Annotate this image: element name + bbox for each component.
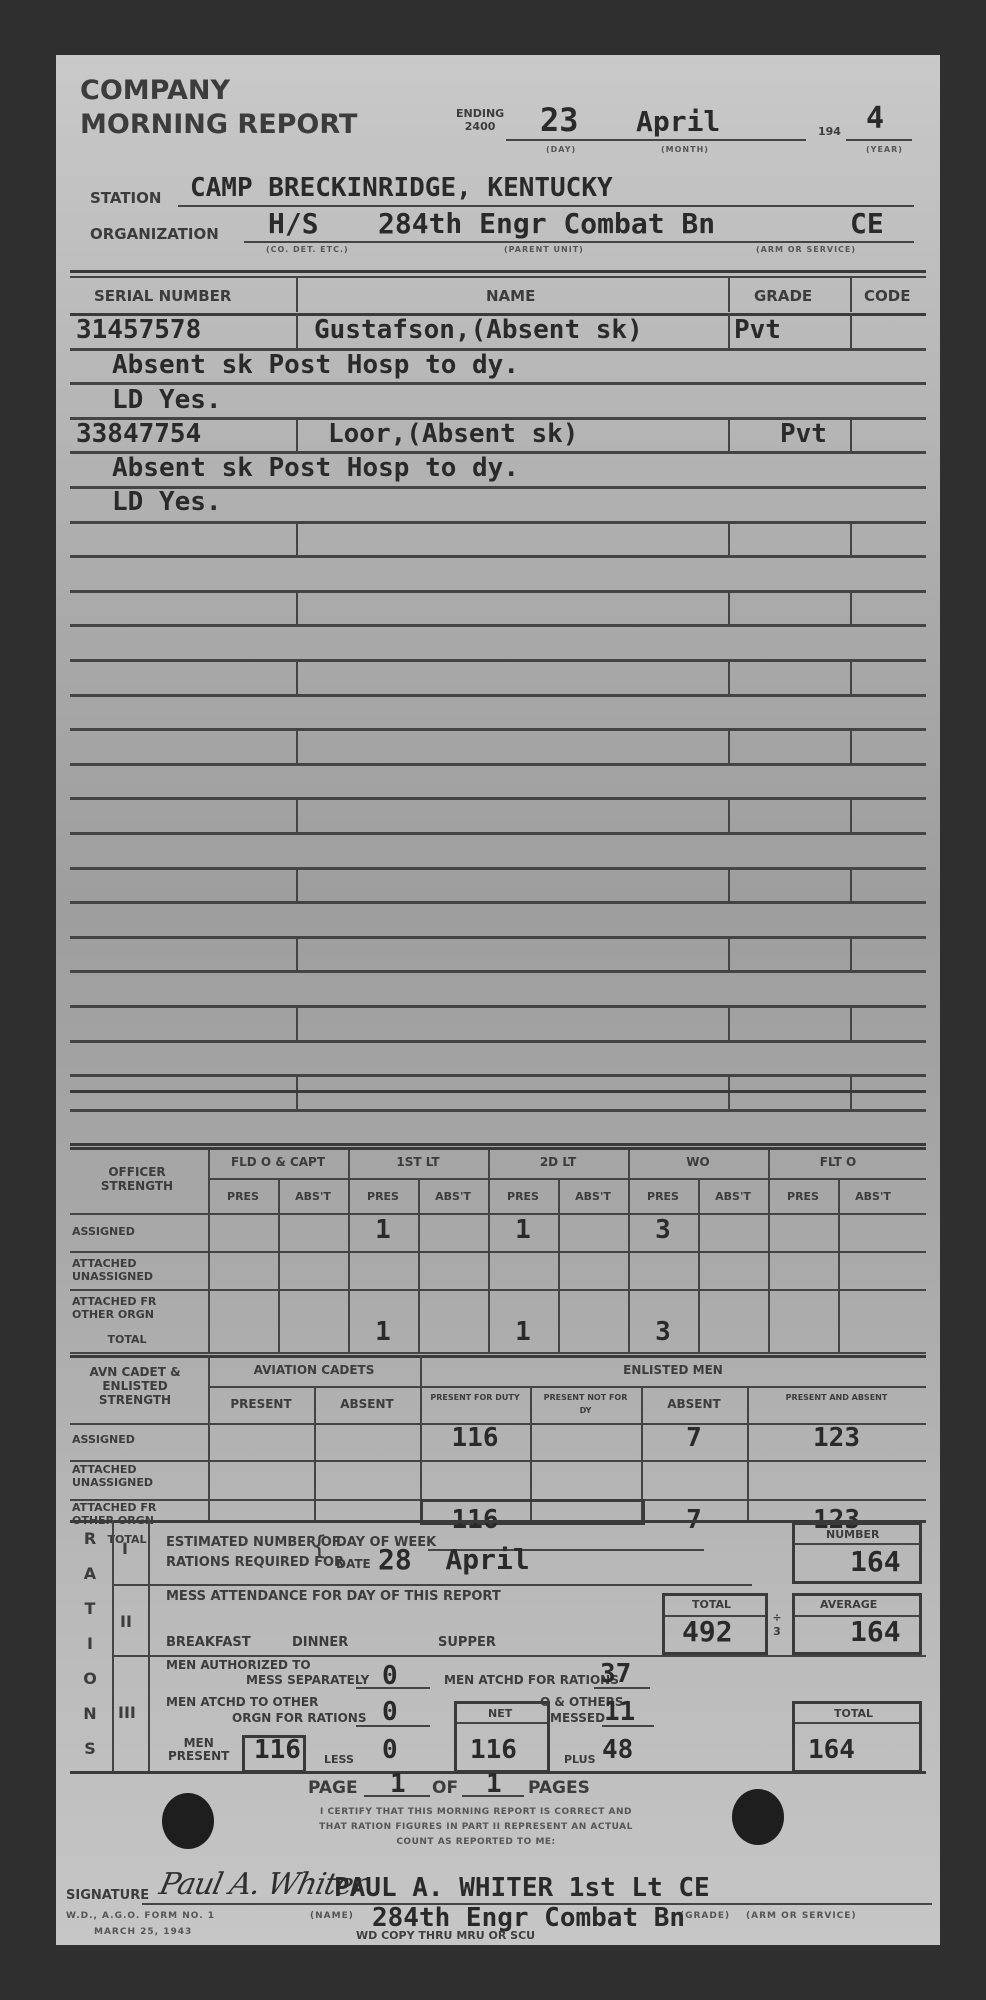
grid-line — [558, 1180, 560, 1353]
grid-line — [70, 1460, 926, 1462]
signature-label: SIGNATURE — [66, 1888, 149, 1903]
present-label: MEN PRESENT — [168, 1737, 229, 1763]
punch-hole-right — [732, 1789, 784, 1845]
col-name: NAME — [486, 287, 535, 305]
entry-name: Loor,(Absent sk) — [328, 419, 578, 449]
auth-label-2: MESS SEPARATELY — [246, 1673, 369, 1687]
organization-unit: H/S — [268, 207, 319, 240]
station-value: CAMP BRECKINRIDGE, KENTUCKY — [190, 173, 613, 203]
enlisted-row-label: ASSIGNED — [72, 1433, 172, 1446]
abst-header: ABS'T — [278, 1190, 348, 1203]
enlisted-row-label: ATTACHED FR OTHER ORGN — [72, 1501, 172, 1527]
enlisted-cell: 116 — [420, 1423, 530, 1453]
part2-label: MESS ATTENDANCE FOR DAY OF THIS REPORT — [166, 1589, 501, 1604]
report-day: 23 — [540, 101, 579, 139]
grid-line — [70, 1251, 926, 1253]
rations-letter: O — [78, 1669, 102, 1688]
entry-serial: 31457578 — [76, 315, 201, 345]
year-prefix: 194 — [818, 125, 841, 138]
abst-header: ABS'T — [838, 1190, 908, 1203]
officer-row-label: TOTAL — [72, 1333, 182, 1346]
day-caption: (DAY) — [546, 145, 576, 154]
certify-line-2: THAT RATION FIGURES IN PART II REPRESENT… — [296, 1820, 656, 1835]
ration-date: 28 April — [378, 1543, 530, 1576]
col-divider — [850, 659, 852, 694]
ruled-line — [70, 659, 926, 662]
officer-cell: 1 — [348, 1215, 418, 1245]
ruled-line — [70, 970, 926, 973]
grid-line — [418, 1180, 420, 1353]
col-divider — [850, 936, 852, 971]
pres-header: PRES — [208, 1190, 278, 1203]
entry-remark: LD Yes. — [112, 487, 222, 517]
col-divider — [296, 417, 298, 452]
officer-cell: 1 — [348, 1317, 418, 1347]
form-number: W.D., A.G.O. FORM NO. 1 — [66, 1911, 215, 1921]
arm-service: CE — [850, 207, 884, 240]
pres-header: PRES — [348, 1190, 418, 1203]
officer-group-header: FLT O — [768, 1155, 908, 1169]
col-divider — [296, 936, 298, 971]
header-rule-top — [70, 270, 926, 273]
ruled-line — [70, 797, 926, 800]
arm-service-caption: (ARM OR SERVICE) — [746, 1911, 857, 1921]
morning-report-form: COMPANY MORNING REPORT ENDING 2400 23 Ap… — [56, 55, 940, 1945]
enlisted-col-header: PRESENT FOR DUTY — [420, 1391, 530, 1404]
col-code: CODE — [864, 287, 910, 305]
net-box-divider — [457, 1722, 547, 1724]
officer-strength-title: OFFICER STRENGTH — [82, 1165, 192, 1193]
other-label-1: MEN ATCHD TO OTHER — [166, 1695, 318, 1709]
year-underline — [846, 139, 912, 141]
col-divider — [728, 728, 730, 763]
entry-grade: Pvt — [780, 419, 827, 449]
col-divider — [728, 590, 730, 625]
col-divider — [850, 867, 852, 902]
entry-serial: 33847754 — [76, 419, 201, 449]
rations-letter: T — [78, 1599, 102, 1618]
abst-header: ABS'T — [418, 1190, 488, 1203]
parent-caption: (PARENT UNIT) — [504, 245, 584, 254]
officer-group-header: 2D LT — [488, 1155, 628, 1169]
date-underline — [506, 139, 806, 141]
others-value: 11 — [604, 1697, 635, 1727]
officer-row-label: ATTACHED FR OTHER ORGN — [72, 1295, 172, 1321]
plus-value: 48 — [602, 1735, 633, 1765]
organization-label: ORGANIZATION — [90, 225, 219, 243]
station-label: STATION — [90, 189, 161, 207]
ruled-line — [70, 521, 926, 524]
year-caption: (YEAR) — [866, 145, 903, 154]
col-divider — [728, 797, 730, 832]
net-label: NET — [488, 1707, 512, 1720]
enlisted-col-header: PRESENT AND ABSENT — [747, 1391, 926, 1404]
entries-rule-bottom — [70, 1143, 926, 1146]
officer-group-header: 1ST LT — [348, 1155, 488, 1169]
col-divider — [850, 797, 852, 832]
pres-header: PRES — [768, 1190, 838, 1203]
col-divider — [850, 590, 852, 625]
officer-group-header: WO — [628, 1155, 768, 1169]
men-present-value: 116 — [254, 1735, 301, 1765]
ruled-line — [70, 1005, 926, 1008]
officer-rule-top — [70, 1090, 926, 1093]
enlisted-strength-title: AVN CADET & ENLISTED STRENGTH — [80, 1365, 190, 1407]
form-title-line2: MORNING REPORT — [80, 109, 357, 140]
entry-grade: Pvt — [734, 315, 781, 345]
rations-total-box-divider — [795, 1722, 919, 1724]
enlisted-col-header: ABSENT — [314, 1398, 420, 1411]
enlisted-cell: 7 — [641, 1423, 747, 1453]
abst-header: ABS'T — [698, 1190, 768, 1203]
rations-rule — [112, 1584, 752, 1586]
signer-name: PAUL A. WHITER 1st Lt CE — [334, 1873, 710, 1903]
header-rule-bottom — [70, 276, 926, 278]
col-divider — [850, 417, 852, 452]
enlisted-col-header: PRESENT NOT FOR DY — [530, 1391, 641, 1417]
enlisted-row-label: ATTACHED UNASSIGNED — [72, 1463, 172, 1489]
entry-remark: LD Yes. — [112, 385, 222, 415]
col-divider — [728, 521, 730, 556]
part1-numeral: I — [122, 1539, 128, 1558]
part2-numeral: II — [120, 1612, 132, 1631]
grid-line — [70, 1147, 926, 1150]
rations-letter: S — [78, 1739, 102, 1758]
grade-caption: (GRADE) — [680, 1911, 730, 1921]
entry-remark: Absent sk Post Hosp to dy. — [112, 350, 519, 380]
col-divider — [296, 590, 298, 625]
date-label: DATE — [336, 1557, 371, 1571]
officer-cell: 3 — [628, 1215, 698, 1245]
officer-row-label: ATTACHED UNASSIGNED — [72, 1257, 172, 1283]
officer-cell: 3 — [628, 1317, 698, 1347]
plus-label: PLUS — [564, 1753, 596, 1766]
entry-remark: Absent sk Post Hosp to dy. — [112, 453, 519, 483]
col-divider — [850, 1005, 852, 1040]
pres-header: PRES — [488, 1190, 558, 1203]
name-caption: (NAME) — [310, 1911, 354, 1921]
col-divider — [728, 313, 730, 348]
ruled-line — [70, 1074, 926, 1077]
col-grade: GRADE — [754, 287, 812, 305]
atchd-rations-value: 37 — [600, 1659, 631, 1689]
grid-line — [278, 1180, 280, 1353]
enlisted-cell: 123 — [747, 1423, 926, 1453]
divide-by-3: ÷ 3 — [771, 1611, 783, 1639]
certify-line-1: I CERTIFY THAT THIS MORNING REPORT IS CO… — [296, 1805, 656, 1820]
rations-rule — [112, 1655, 926, 1657]
col-divider — [296, 728, 298, 763]
col-divider — [850, 728, 852, 763]
enlisted-men-header: ENLISTED MEN — [420, 1363, 926, 1377]
number-label: NUMBER — [826, 1528, 879, 1541]
ruled-line — [70, 694, 926, 697]
report-month: April — [636, 105, 720, 138]
less-label: LESS — [324, 1753, 354, 1766]
aviation-cadets-header: AVIATION CADETS — [208, 1363, 420, 1377]
enlisted-col-header: ABSENT — [641, 1398, 747, 1411]
arm-caption: (ARM OR SERVICE) — [756, 245, 856, 254]
mess-total: 492 — [682, 1615, 733, 1648]
ruled-line — [70, 555, 926, 558]
ruled-line — [70, 936, 926, 939]
rations-letter: N — [78, 1704, 102, 1723]
ruled-line — [70, 728, 926, 731]
atchd-rations-label: MEN ATCHD FOR RATIONS — [444, 1673, 619, 1687]
col-serial-number: SERIAL NUMBER — [94, 287, 231, 305]
part3-numeral: III — [118, 1703, 136, 1722]
officer-cell: 1 — [488, 1317, 558, 1347]
grid-line — [208, 1178, 926, 1180]
col-divider — [296, 659, 298, 694]
co-caption: (CO. DET. ETC.) — [266, 245, 349, 254]
ruled-line — [70, 624, 926, 627]
officer-cell: 1 — [488, 1215, 558, 1245]
officer-row-label: ASSIGNED — [72, 1225, 172, 1238]
rations-total-label: TOTAL — [834, 1707, 873, 1720]
of-label: OF — [432, 1778, 458, 1798]
col-divider — [296, 1005, 298, 1040]
col-divider — [728, 867, 730, 902]
average-label: AVERAGE — [820, 1598, 877, 1611]
col-divider — [728, 659, 730, 694]
ending-label: ENDING 2400 — [456, 107, 504, 133]
month-caption: (MONTH) — [661, 145, 709, 154]
grid-line — [70, 1355, 926, 1358]
officer-group-header: FLD O & CAPT — [208, 1155, 348, 1169]
col-divider — [296, 797, 298, 832]
ruled-line — [70, 832, 926, 835]
ruled-line — [70, 590, 926, 593]
less-value: 0 — [382, 1735, 398, 1765]
grid-line — [698, 1180, 700, 1353]
certify-line-3: COUNT AS REPORTED TO ME: — [296, 1835, 656, 1850]
other-value: 0 — [382, 1697, 398, 1727]
other-label-2: ORGN FOR RATIONS — [232, 1711, 366, 1725]
ruled-line — [70, 763, 926, 766]
col-divider — [728, 936, 730, 971]
col-divider — [850, 313, 852, 348]
col-divider — [296, 276, 298, 312]
auth-value: 0 — [382, 1661, 398, 1691]
grid-line — [838, 1180, 840, 1353]
col-divider — [728, 417, 730, 452]
enlisted-col-header: PRESENT — [208, 1398, 314, 1411]
rations-letter: I — [78, 1634, 102, 1653]
breakfast-label: BREAKFAST — [166, 1635, 251, 1650]
col-divider — [850, 521, 852, 556]
net-value: 116 — [470, 1735, 517, 1765]
col-divider — [728, 276, 730, 312]
entry-name: Gustafson,(Absent sk) — [314, 315, 643, 345]
col-divider — [296, 521, 298, 556]
ending-label-1: ENDING — [456, 107, 504, 120]
organization-underline — [244, 241, 914, 243]
pres-header: PRES — [628, 1190, 698, 1203]
supper-label: SUPPER — [438, 1635, 496, 1650]
ration-number: 164 — [850, 1545, 901, 1578]
rations-letter: R — [78, 1529, 102, 1548]
grid-line — [70, 1352, 926, 1354]
ending-label-2: 2400 — [456, 120, 504, 133]
ruled-line — [70, 867, 926, 870]
punch-hole-left — [162, 1793, 214, 1849]
page-label: PAGE — [308, 1778, 358, 1798]
grid-line — [208, 1355, 210, 1520]
parent-unit: 284th Engr Combat Bn — [378, 207, 715, 240]
ruled-line — [70, 1040, 926, 1043]
rations-divider — [112, 1520, 114, 1772]
brace: { — [311, 1531, 328, 1561]
page-number: 1 — [390, 1769, 406, 1799]
col-divider — [850, 276, 852, 312]
report-year-digit: 4 — [866, 101, 884, 136]
copy-note: WD COPY THRU MRU OR SCU — [356, 1929, 535, 1942]
form-title-line1: COMPANY — [80, 75, 230, 106]
col-divider — [296, 313, 298, 348]
page-count: 1 — [486, 1769, 502, 1799]
pages-label: PAGES — [528, 1778, 590, 1798]
total-label: TOTAL — [692, 1598, 731, 1611]
mess-average: 164 — [850, 1615, 901, 1648]
rations-divider — [148, 1520, 150, 1772]
others-label-2: MESSED — [550, 1711, 605, 1725]
auth-label-1: MEN AUTHORIZED TO — [166, 1658, 311, 1672]
rations-letter: A — [78, 1564, 102, 1583]
certification-text: I CERTIFY THAT THIS MORNING REPORT IS CO… — [296, 1805, 656, 1850]
form-date: MARCH 25, 1943 — [94, 1927, 192, 1937]
col-divider — [296, 867, 298, 902]
col-divider — [728, 1005, 730, 1040]
abst-header: ABS'T — [558, 1190, 628, 1203]
ruled-line — [70, 1109, 926, 1112]
grid-line — [747, 1386, 749, 1520]
dinner-label: DINNER — [292, 1635, 348, 1650]
rations-total-value: 164 — [808, 1735, 855, 1765]
ruled-line — [70, 901, 926, 904]
grid-line — [70, 1289, 926, 1291]
present-label-2: PRESENT — [168, 1750, 229, 1763]
